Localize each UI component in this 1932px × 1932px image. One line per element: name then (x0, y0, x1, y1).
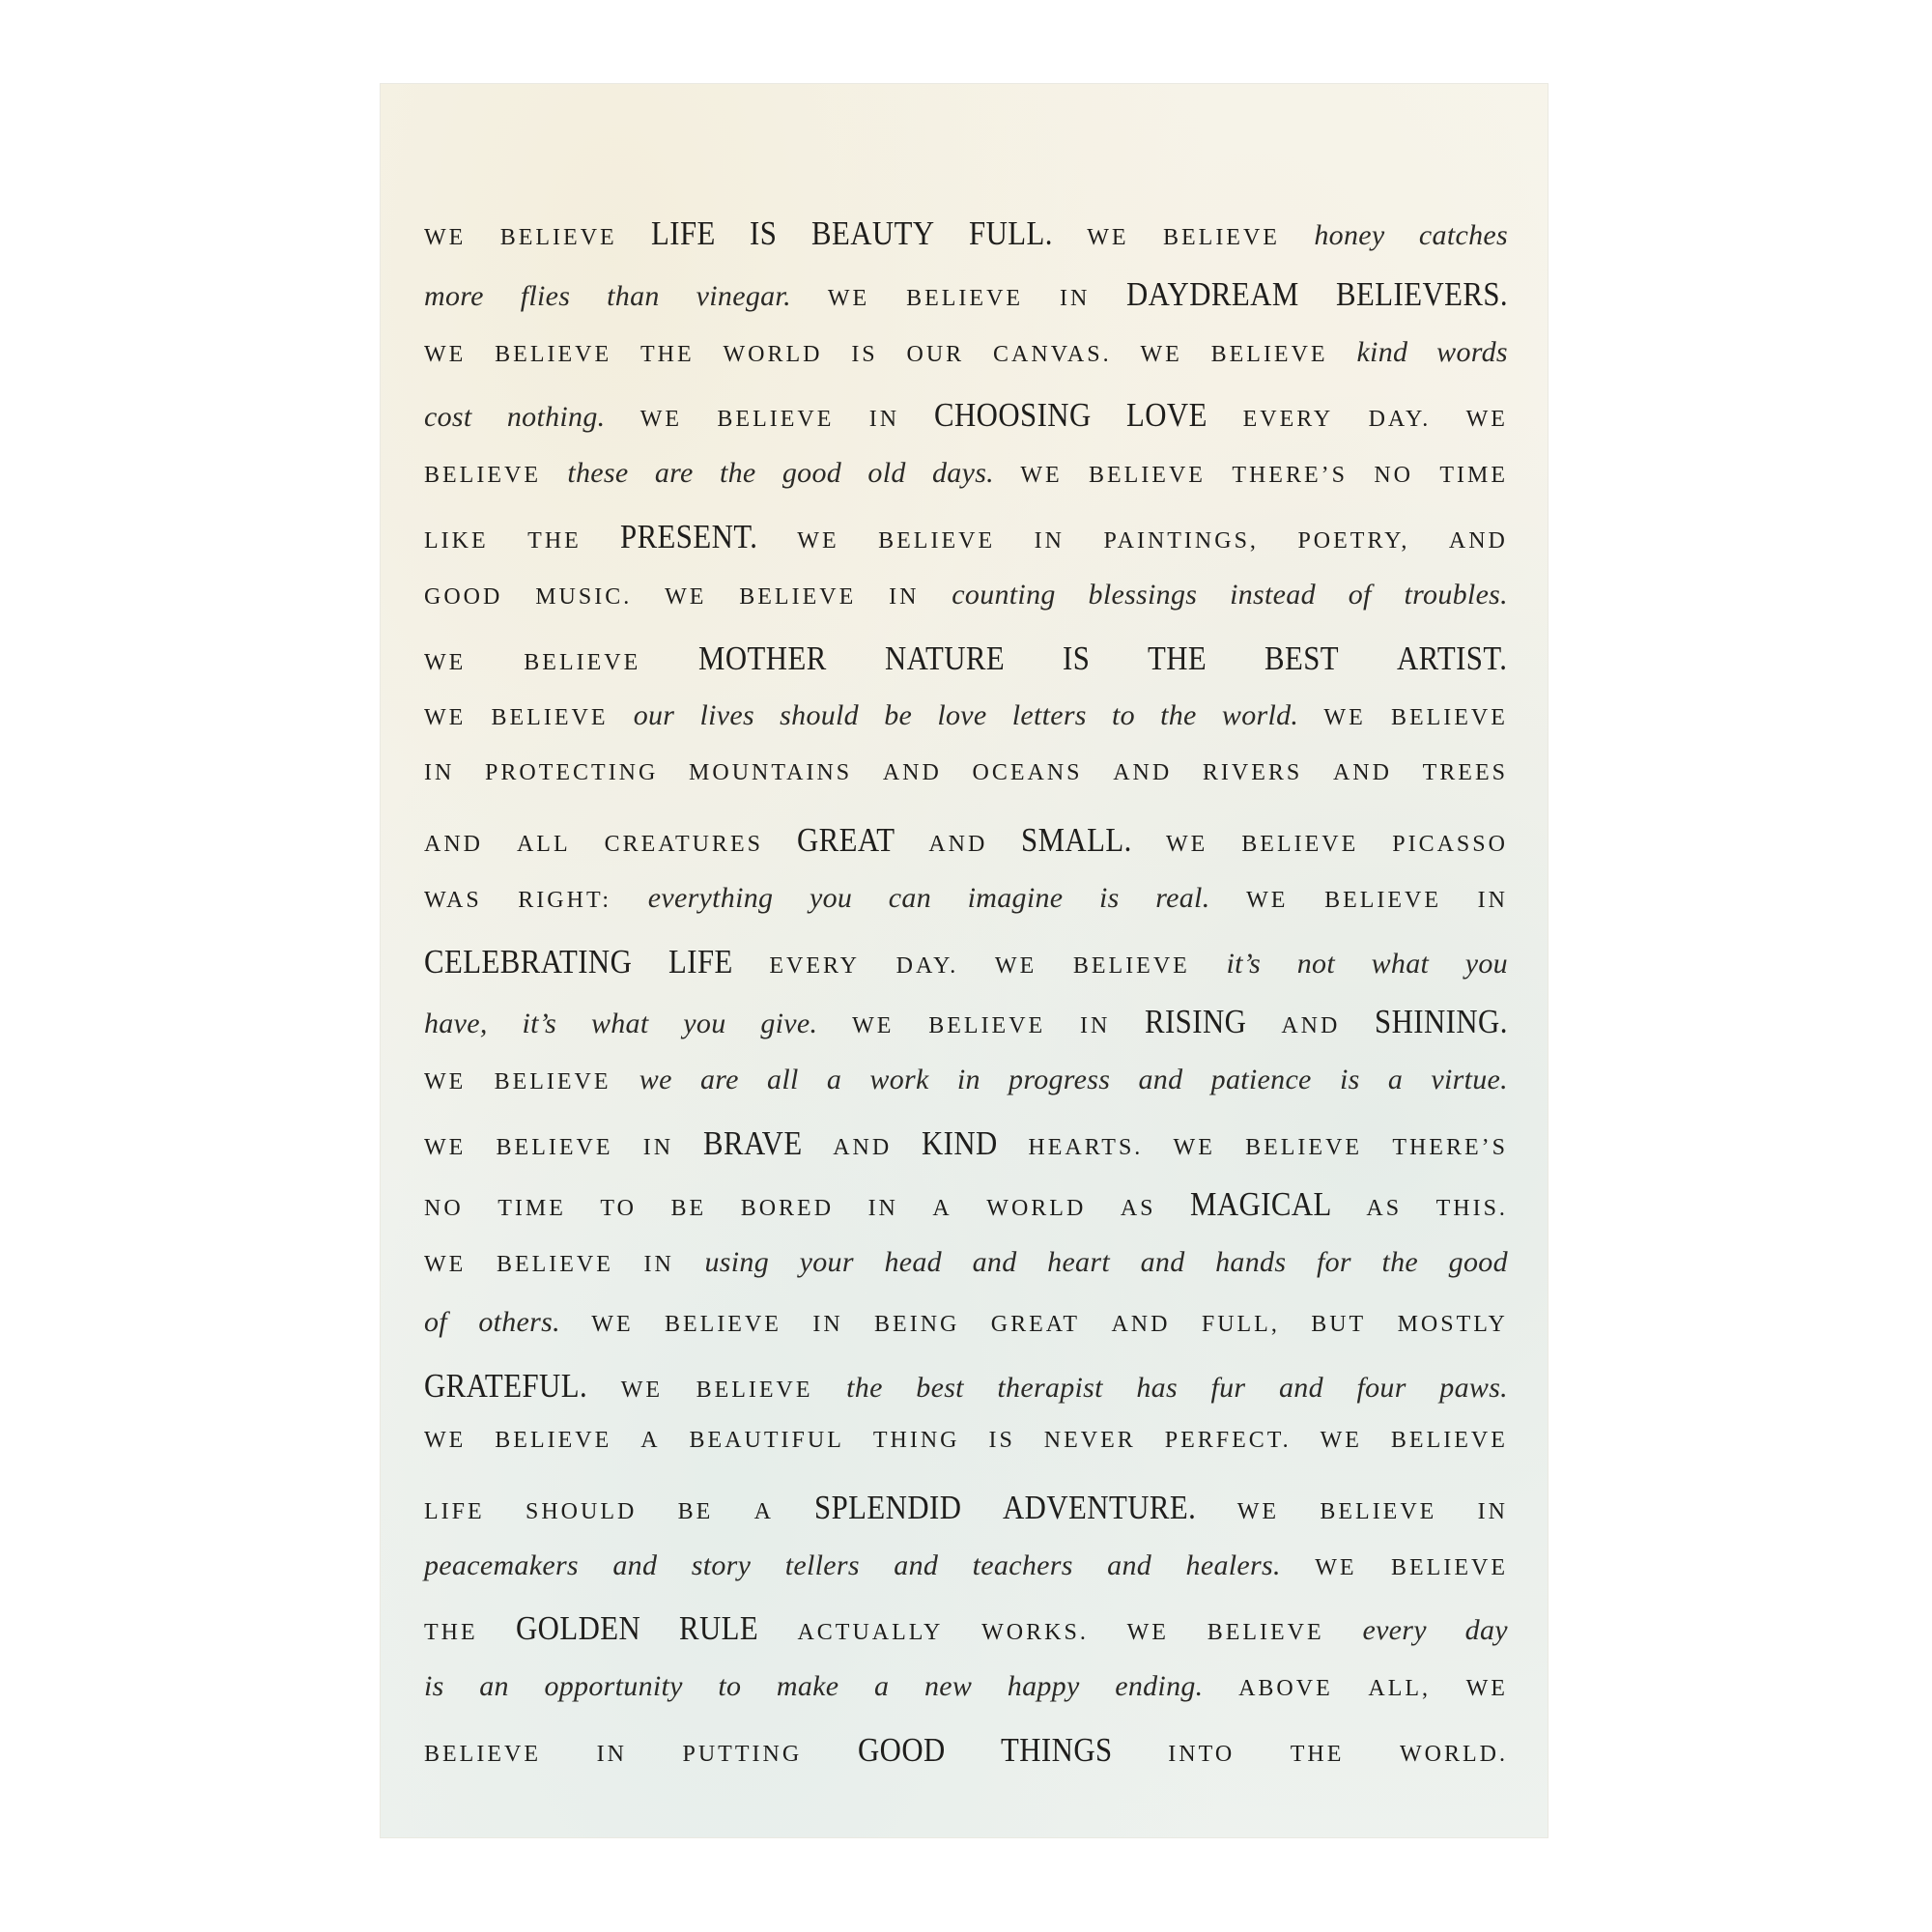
small-caps-text: We (1323, 705, 1365, 731)
small-caps-text: full, (1202, 1312, 1280, 1338)
small-caps-text: in (1478, 888, 1508, 914)
small-caps-text: believe (1391, 705, 1508, 731)
italic-text: and (894, 1549, 938, 1582)
emphasis-caps-text: Mother (698, 639, 827, 678)
small-caps-text: believe (500, 225, 617, 251)
small-caps-text: time (497, 1196, 566, 1222)
small-caps-text: music. (535, 584, 632, 611)
italic-text: four (1356, 1372, 1406, 1405)
small-caps-text: never (1044, 1428, 1136, 1454)
italic-text: you (683, 1008, 725, 1040)
manifesto-line: CelebratingLifeeveryday.Webelieveit’snot… (424, 943, 1508, 1004)
italic-text: we (639, 1064, 672, 1096)
small-caps-text: in (889, 584, 919, 611)
italic-text: can (889, 882, 931, 915)
italic-text: the (720, 457, 756, 490)
small-caps-text: a (640, 1428, 660, 1454)
small-caps-text: a (932, 1196, 952, 1222)
italic-text: everything (648, 882, 774, 915)
small-caps-text: believe (495, 1428, 611, 1454)
italic-text: and (1141, 1246, 1185, 1279)
italic-text: the (846, 1372, 883, 1405)
small-caps-text: believe (739, 584, 856, 611)
small-caps-text: as (1121, 1196, 1156, 1222)
small-caps-text: creatures (605, 832, 763, 858)
small-caps-text: We (852, 1013, 894, 1039)
small-caps-text: We (1237, 1499, 1279, 1525)
italic-text: not (1297, 948, 1335, 980)
emphasis-caps-text: Life (651, 214, 716, 253)
italic-text: healers. (1186, 1549, 1281, 1582)
small-caps-text: life (424, 1499, 485, 1525)
manifesto-line: costnothing.WebelieveinChoosingLoveevery… (424, 396, 1508, 457)
small-caps-text: We (424, 1428, 466, 1454)
italic-text: peacemakers (424, 1549, 579, 1582)
emphasis-caps-text: Celebrating (424, 943, 632, 981)
italic-text: ending. (1115, 1670, 1203, 1703)
emphasis-caps-text: Shining. (1375, 1003, 1508, 1041)
small-caps-text: believe (497, 1135, 613, 1161)
italic-text: happy (1008, 1670, 1080, 1703)
small-caps-text: We (1315, 1555, 1356, 1581)
italic-text: you (810, 882, 852, 915)
italic-text: every (1362, 1614, 1426, 1647)
italic-text: lives (699, 699, 753, 732)
italic-text: head (884, 1246, 942, 1279)
manifesto-line: WebelieveMotherNatureisthebestartist. (424, 639, 1508, 700)
italic-text: work (869, 1064, 928, 1096)
small-caps-text: believe (1207, 1620, 1324, 1646)
small-caps-text: in (597, 1742, 627, 1768)
italic-text: counting (952, 579, 1055, 611)
italic-text: it’s (1226, 948, 1261, 980)
italic-text: teachers (973, 1549, 1073, 1582)
small-caps-text: the (424, 1620, 478, 1646)
small-caps-text: mountains (689, 760, 852, 786)
small-caps-text: We (1321, 1428, 1362, 1454)
italic-text: catches (1419, 219, 1508, 252)
small-caps-text: believe (1391, 1555, 1508, 1581)
small-caps-text: and (833, 1135, 892, 1161)
small-caps-text: believe (696, 1378, 813, 1404)
small-caps-text: poetry, (1297, 528, 1409, 554)
italic-text: and (1279, 1372, 1323, 1405)
italic-text: letters (1012, 699, 1087, 732)
small-caps-text: in (869, 407, 899, 433)
small-caps-text: We (591, 1312, 633, 1338)
italic-text: honey (1314, 219, 1384, 252)
small-caps-text: thing (873, 1428, 960, 1454)
italic-text: kind (1356, 336, 1407, 369)
small-caps-text: and (1113, 760, 1172, 786)
manifesto-line: Webelieveinusingyourheadandheartandhands… (424, 1246, 1508, 1307)
italic-text: have, (424, 1008, 488, 1040)
italic-text: progress (1009, 1064, 1110, 1096)
italic-text: be (884, 699, 912, 732)
italic-text: tellers (785, 1549, 860, 1582)
small-caps-text: a (754, 1499, 774, 1525)
italic-text: for (1317, 1246, 1351, 1279)
small-caps-text: perfect. (1165, 1428, 1292, 1454)
small-caps-text: believe (1163, 225, 1280, 251)
manifesto-line: believeinputtingGoodThingsintotheworld. (424, 1731, 1508, 1792)
small-caps-text: and (1333, 760, 1392, 786)
manifesto-line: likethePresent.Webelieveinpaintings,poet… (424, 518, 1508, 579)
small-caps-text: We (424, 650, 466, 676)
small-caps-text: paintings, (1103, 528, 1258, 554)
small-caps-text: believe (717, 407, 834, 433)
italic-text: using (705, 1246, 770, 1279)
small-caps-text: being (874, 1312, 959, 1338)
emphasis-caps-text: Great (797, 821, 895, 860)
manifesto-line: Webelievetheworldisourcanvas.Webelieveki… (424, 336, 1508, 397)
small-caps-text: in (1080, 1013, 1110, 1039)
italic-text: world. (1222, 699, 1298, 732)
italic-text: love (937, 699, 986, 732)
italic-text: the (1160, 699, 1197, 732)
emphasis-caps-text: Beauty (811, 214, 935, 253)
italic-text: virtue. (1431, 1064, 1508, 1096)
small-caps-text: rivers (1203, 760, 1302, 786)
italic-text: should (780, 699, 859, 732)
emphasis-caps-text: Believers. (1336, 275, 1508, 314)
small-caps-text: good (424, 584, 502, 611)
small-caps-text: believe (665, 1312, 781, 1338)
italic-text: give. (760, 1008, 817, 1040)
small-caps-text: no (424, 1196, 464, 1222)
manifesto-line: Webelieveourlivesshouldbeloveletterstoth… (424, 699, 1508, 760)
small-caps-text: in (1035, 528, 1065, 554)
small-caps-text: there’s (1392, 1135, 1508, 1161)
small-caps-text: world. (1400, 1742, 1508, 1768)
small-caps-text: in (643, 1135, 673, 1161)
small-caps-text: day. (1369, 407, 1432, 433)
small-caps-text: time (1439, 463, 1508, 489)
italic-text: is (1099, 882, 1120, 915)
small-caps-text: believe (1211, 342, 1328, 368)
small-caps-text: believe (1324, 888, 1441, 914)
italic-text: patience (1211, 1064, 1312, 1096)
small-caps-text: all (517, 832, 571, 858)
small-caps-text: believe (495, 1069, 611, 1095)
italic-text: old (867, 457, 905, 490)
small-caps-text: beautiful (690, 1428, 844, 1454)
small-caps-text: be (670, 1196, 706, 1222)
small-caps-text: our (907, 342, 965, 368)
small-caps-text: no (1374, 463, 1413, 489)
italic-text: has (1136, 1372, 1178, 1405)
italic-text: therapist (997, 1372, 1102, 1405)
emphasis-caps-text: Kind (922, 1124, 998, 1163)
italic-text: new (924, 1670, 972, 1703)
emphasis-caps-text: Magical (1190, 1185, 1332, 1224)
small-caps-text: We (424, 225, 466, 251)
manifesto-line: WebelieveinBraveandKindhearts.Webelievet… (424, 1124, 1508, 1185)
manifesto-line: believethesearethegoodolddays.Webelievet… (424, 457, 1508, 518)
italic-text: an (479, 1670, 509, 1703)
small-caps-text: but (1311, 1312, 1366, 1338)
small-caps-text: oceans (973, 760, 1083, 786)
small-caps-text: in (1060, 286, 1090, 312)
small-caps-text: be (678, 1499, 714, 1525)
small-caps-text: should (526, 1499, 637, 1525)
manifesto-poster: WebelieveLifeisBeautyFull.Webelievehoney… (381, 84, 1548, 1837)
small-caps-text: believe (495, 342, 611, 368)
emphasis-caps-text: Life (668, 943, 733, 981)
italic-text: real. (1155, 882, 1209, 915)
small-caps-text: hearts. (1028, 1135, 1143, 1161)
small-caps-text: like (424, 528, 489, 554)
small-caps-text: day. (896, 953, 959, 980)
small-caps-text: We (424, 705, 466, 731)
italic-text: hands (1215, 1246, 1286, 1279)
small-caps-text: We (797, 528, 838, 554)
italic-text: story (692, 1549, 752, 1582)
manifesto-line: inprotectingmountainsandoceansandriversa… (424, 760, 1508, 821)
small-caps-text: believe (906, 286, 1023, 312)
emphasis-caps-text: is (750, 214, 777, 253)
small-caps-text: We (424, 1069, 466, 1095)
italic-text: instead (1230, 579, 1316, 611)
small-caps-text: in (812, 1312, 842, 1338)
small-caps-text: and (1449, 528, 1508, 554)
small-caps-text: We (424, 1135, 466, 1161)
small-caps-text: believe (1320, 1499, 1436, 1525)
italic-text: our (634, 699, 675, 732)
italic-text: words (1436, 336, 1508, 369)
small-caps-text: works. (981, 1620, 1089, 1646)
small-caps-text: believe (1089, 463, 1206, 489)
italic-text: to (1112, 699, 1135, 732)
small-caps-text: believe (1245, 1135, 1362, 1161)
emphasis-caps-text: Rule (679, 1609, 758, 1648)
italic-text: others. (478, 1306, 560, 1339)
small-caps-text: We (424, 1252, 466, 1278)
small-caps-text: believe (424, 1742, 541, 1768)
small-caps-text: and (883, 760, 942, 786)
small-caps-text: We (1174, 1135, 1215, 1161)
emphasis-caps-text: Brave (703, 1124, 803, 1163)
small-caps-text: trees (1423, 760, 1508, 786)
italic-text: good (782, 457, 841, 490)
italic-text: what (1372, 948, 1430, 980)
italic-text: than (607, 280, 660, 313)
manifesto-line: isanopportunitytomakeanewhappyending.Abo… (424, 1670, 1508, 1731)
italic-text: and (1139, 1064, 1183, 1096)
italic-text: day (1465, 1614, 1508, 1647)
emphasis-caps-text: Good (858, 1731, 946, 1770)
small-caps-text: right: (518, 888, 611, 914)
small-caps-text: to (600, 1196, 637, 1222)
small-caps-text: is (851, 342, 877, 368)
small-caps-text: world (723, 342, 822, 368)
small-caps-text: the (640, 342, 695, 368)
italic-text: of (424, 1306, 447, 1339)
manifesto-line: Grateful.Webelievethebesttherapisthasfur… (424, 1367, 1508, 1428)
manifesto-line: peacemakersandstorytellersandteachersand… (424, 1549, 1508, 1610)
italic-text: best (916, 1372, 964, 1405)
manifesto-line: ofothers.Webelieveinbeinggreatandfull,bu… (424, 1306, 1508, 1367)
italic-text: you (1465, 948, 1508, 980)
emphasis-caps-text: the (1148, 639, 1207, 678)
emphasis-caps-text: Small. (1021, 821, 1132, 860)
small-caps-text: putting (683, 1742, 803, 1768)
small-caps-text: world (986, 1196, 1086, 1222)
italic-text: the (1381, 1246, 1418, 1279)
emphasis-caps-text: Things (1001, 1731, 1113, 1770)
small-caps-text: in (868, 1196, 898, 1222)
italic-text: opportunity (544, 1670, 682, 1703)
small-caps-text: believe (1391, 1428, 1508, 1454)
small-caps-text: believe (497, 1252, 613, 1278)
italic-text: all (767, 1064, 799, 1096)
emphasis-caps-text: Splendid (814, 1489, 961, 1527)
small-caps-text: We (424, 342, 466, 368)
italic-text: make (777, 1670, 839, 1703)
italic-text: nothing. (507, 401, 606, 434)
small-caps-text: we (1466, 1676, 1508, 1702)
italic-text: a (874, 1670, 889, 1703)
italic-text: and (612, 1549, 657, 1582)
small-caps-text: Above (1238, 1676, 1333, 1702)
small-caps-text: We (1140, 342, 1181, 368)
small-caps-text: We (828, 286, 869, 312)
small-caps-text: the (527, 528, 582, 554)
small-caps-text: We (1020, 463, 1062, 489)
italic-text: paws. (1439, 1372, 1508, 1405)
manifesto-line: goodmusic.Webelieveincountingblessingsin… (424, 579, 1508, 639)
emphasis-caps-text: Present. (620, 518, 757, 556)
small-caps-text: mostly (1398, 1312, 1508, 1338)
manifesto-line: morefliesthanvinegar.WebelieveinDaydream… (424, 275, 1508, 336)
italic-text: fur (1211, 1372, 1246, 1405)
manifesto-text: WebelieveLifeisBeautyFull.Webelievehoney… (424, 214, 1508, 1792)
italic-text: vinegar. (696, 280, 791, 313)
italic-text: and (973, 1246, 1017, 1279)
emphasis-caps-text: Rising (1145, 1003, 1246, 1041)
manifesto-line: lifeshouldbeaSplendidAdventure.Webelieve… (424, 1489, 1508, 1549)
small-caps-text: great (991, 1312, 1080, 1338)
italic-text: it’s (522, 1008, 556, 1040)
small-caps-text: We (1087, 225, 1128, 251)
italic-text: more (424, 280, 484, 313)
italic-text: is (1340, 1064, 1360, 1096)
emphasis-caps-text: Daydream (1126, 275, 1299, 314)
small-caps-text: as (1366, 1196, 1402, 1222)
manifesto-line: WebelieveLifeisBeautyFull.Webelievehoney… (424, 214, 1508, 275)
small-caps-text: We (640, 407, 682, 433)
emphasis-caps-text: Adventure. (1003, 1489, 1196, 1527)
small-caps-text: was (424, 888, 482, 914)
small-caps-text: We (995, 953, 1037, 980)
small-caps-text: actually (797, 1620, 943, 1646)
italic-text: days. (932, 457, 994, 490)
italic-text: a (1388, 1064, 1403, 1096)
emphasis-caps-text: Choosing (934, 396, 1092, 435)
manifesto-line: have,it’swhatyougive.WebelieveinRisingan… (424, 1003, 1508, 1064)
small-caps-text: every (1243, 407, 1334, 433)
italic-text: a (827, 1064, 841, 1096)
small-caps-text: into (1168, 1742, 1235, 1768)
small-caps-text: We (1166, 832, 1207, 858)
small-caps-text: believe (1073, 953, 1190, 980)
small-caps-text: We (1127, 1620, 1169, 1646)
italic-text: in (957, 1064, 980, 1096)
emphasis-caps-text: Grateful. (424, 1367, 587, 1406)
small-caps-text: believe (928, 1013, 1045, 1039)
small-caps-text: in (424, 760, 454, 786)
small-caps-text: canvas. (993, 342, 1112, 368)
small-caps-text: believe (878, 528, 995, 554)
italic-text: blessings (1089, 579, 1198, 611)
small-caps-text: in (1478, 1499, 1508, 1525)
small-caps-text: all, (1368, 1676, 1431, 1702)
emphasis-caps-text: Golden (516, 1609, 640, 1648)
italic-text: are (700, 1064, 739, 1096)
manifesto-line: Webelieveabeautifulthingisneverperfect.W… (424, 1428, 1508, 1489)
italic-text: and (1107, 1549, 1151, 1582)
small-caps-text: and (1111, 1312, 1170, 1338)
small-caps-text: believe (1241, 832, 1358, 858)
italic-text: flies (521, 280, 571, 313)
italic-text: imagine (968, 882, 1064, 915)
small-caps-text: We (621, 1378, 663, 1404)
manifesto-line: notimetobeboredinaworldasMagicalasthis. (424, 1185, 1508, 1246)
small-caps-text: and (928, 832, 987, 858)
manifesto-line: wasright:everythingyoucanimagineisreal.W… (424, 882, 1508, 943)
small-caps-text: in (644, 1252, 674, 1278)
italic-text: these (567, 457, 628, 490)
emphasis-caps-text: artist. (1397, 639, 1507, 678)
small-caps-text: We (665, 584, 706, 611)
emphasis-caps-text: Nature (885, 639, 1005, 678)
small-caps-text: protecting (485, 760, 658, 786)
manifesto-line: andallcreaturesGreatandSmall.WebelievePi… (424, 821, 1508, 882)
small-caps-text: bored (741, 1196, 834, 1222)
small-caps-text: believe (424, 463, 541, 489)
italic-text: is (424, 1670, 444, 1703)
italic-text: what (591, 1008, 649, 1040)
small-caps-text: every (769, 953, 860, 980)
italic-text: of (1349, 579, 1372, 611)
italic-text: are (655, 457, 694, 490)
italic-text: to (718, 1670, 741, 1703)
small-caps-text: there’s (1232, 463, 1348, 489)
italic-text: heart (1047, 1246, 1110, 1279)
small-caps-text: and (424, 832, 483, 858)
italic-text: good (1449, 1246, 1508, 1279)
small-caps-text: is (988, 1428, 1014, 1454)
emphasis-caps-text: best (1264, 639, 1339, 678)
small-caps-text: believe (524, 650, 640, 676)
italic-text: cost (424, 401, 472, 434)
emphasis-caps-text: Full. (969, 214, 1053, 253)
small-caps-text: Picasso (1392, 832, 1508, 858)
small-caps-text: the (1291, 1742, 1345, 1768)
italic-text: your (800, 1246, 854, 1279)
small-caps-text: We (1246, 888, 1288, 914)
small-caps-text: We (1466, 407, 1508, 433)
small-caps-text: believe (492, 705, 609, 731)
italic-text: troubles. (1405, 579, 1508, 611)
manifesto-line: Webelieveweareallaworkinprogressandpatie… (424, 1064, 1508, 1124)
emphasis-caps-text: Love (1126, 396, 1207, 435)
manifesto-line: theGoldenRuleactuallyworks.Webelieveever… (424, 1609, 1508, 1670)
small-caps-text: this. (1436, 1196, 1508, 1222)
emphasis-caps-text: is (1063, 639, 1090, 678)
small-caps-text: and (1281, 1013, 1340, 1039)
